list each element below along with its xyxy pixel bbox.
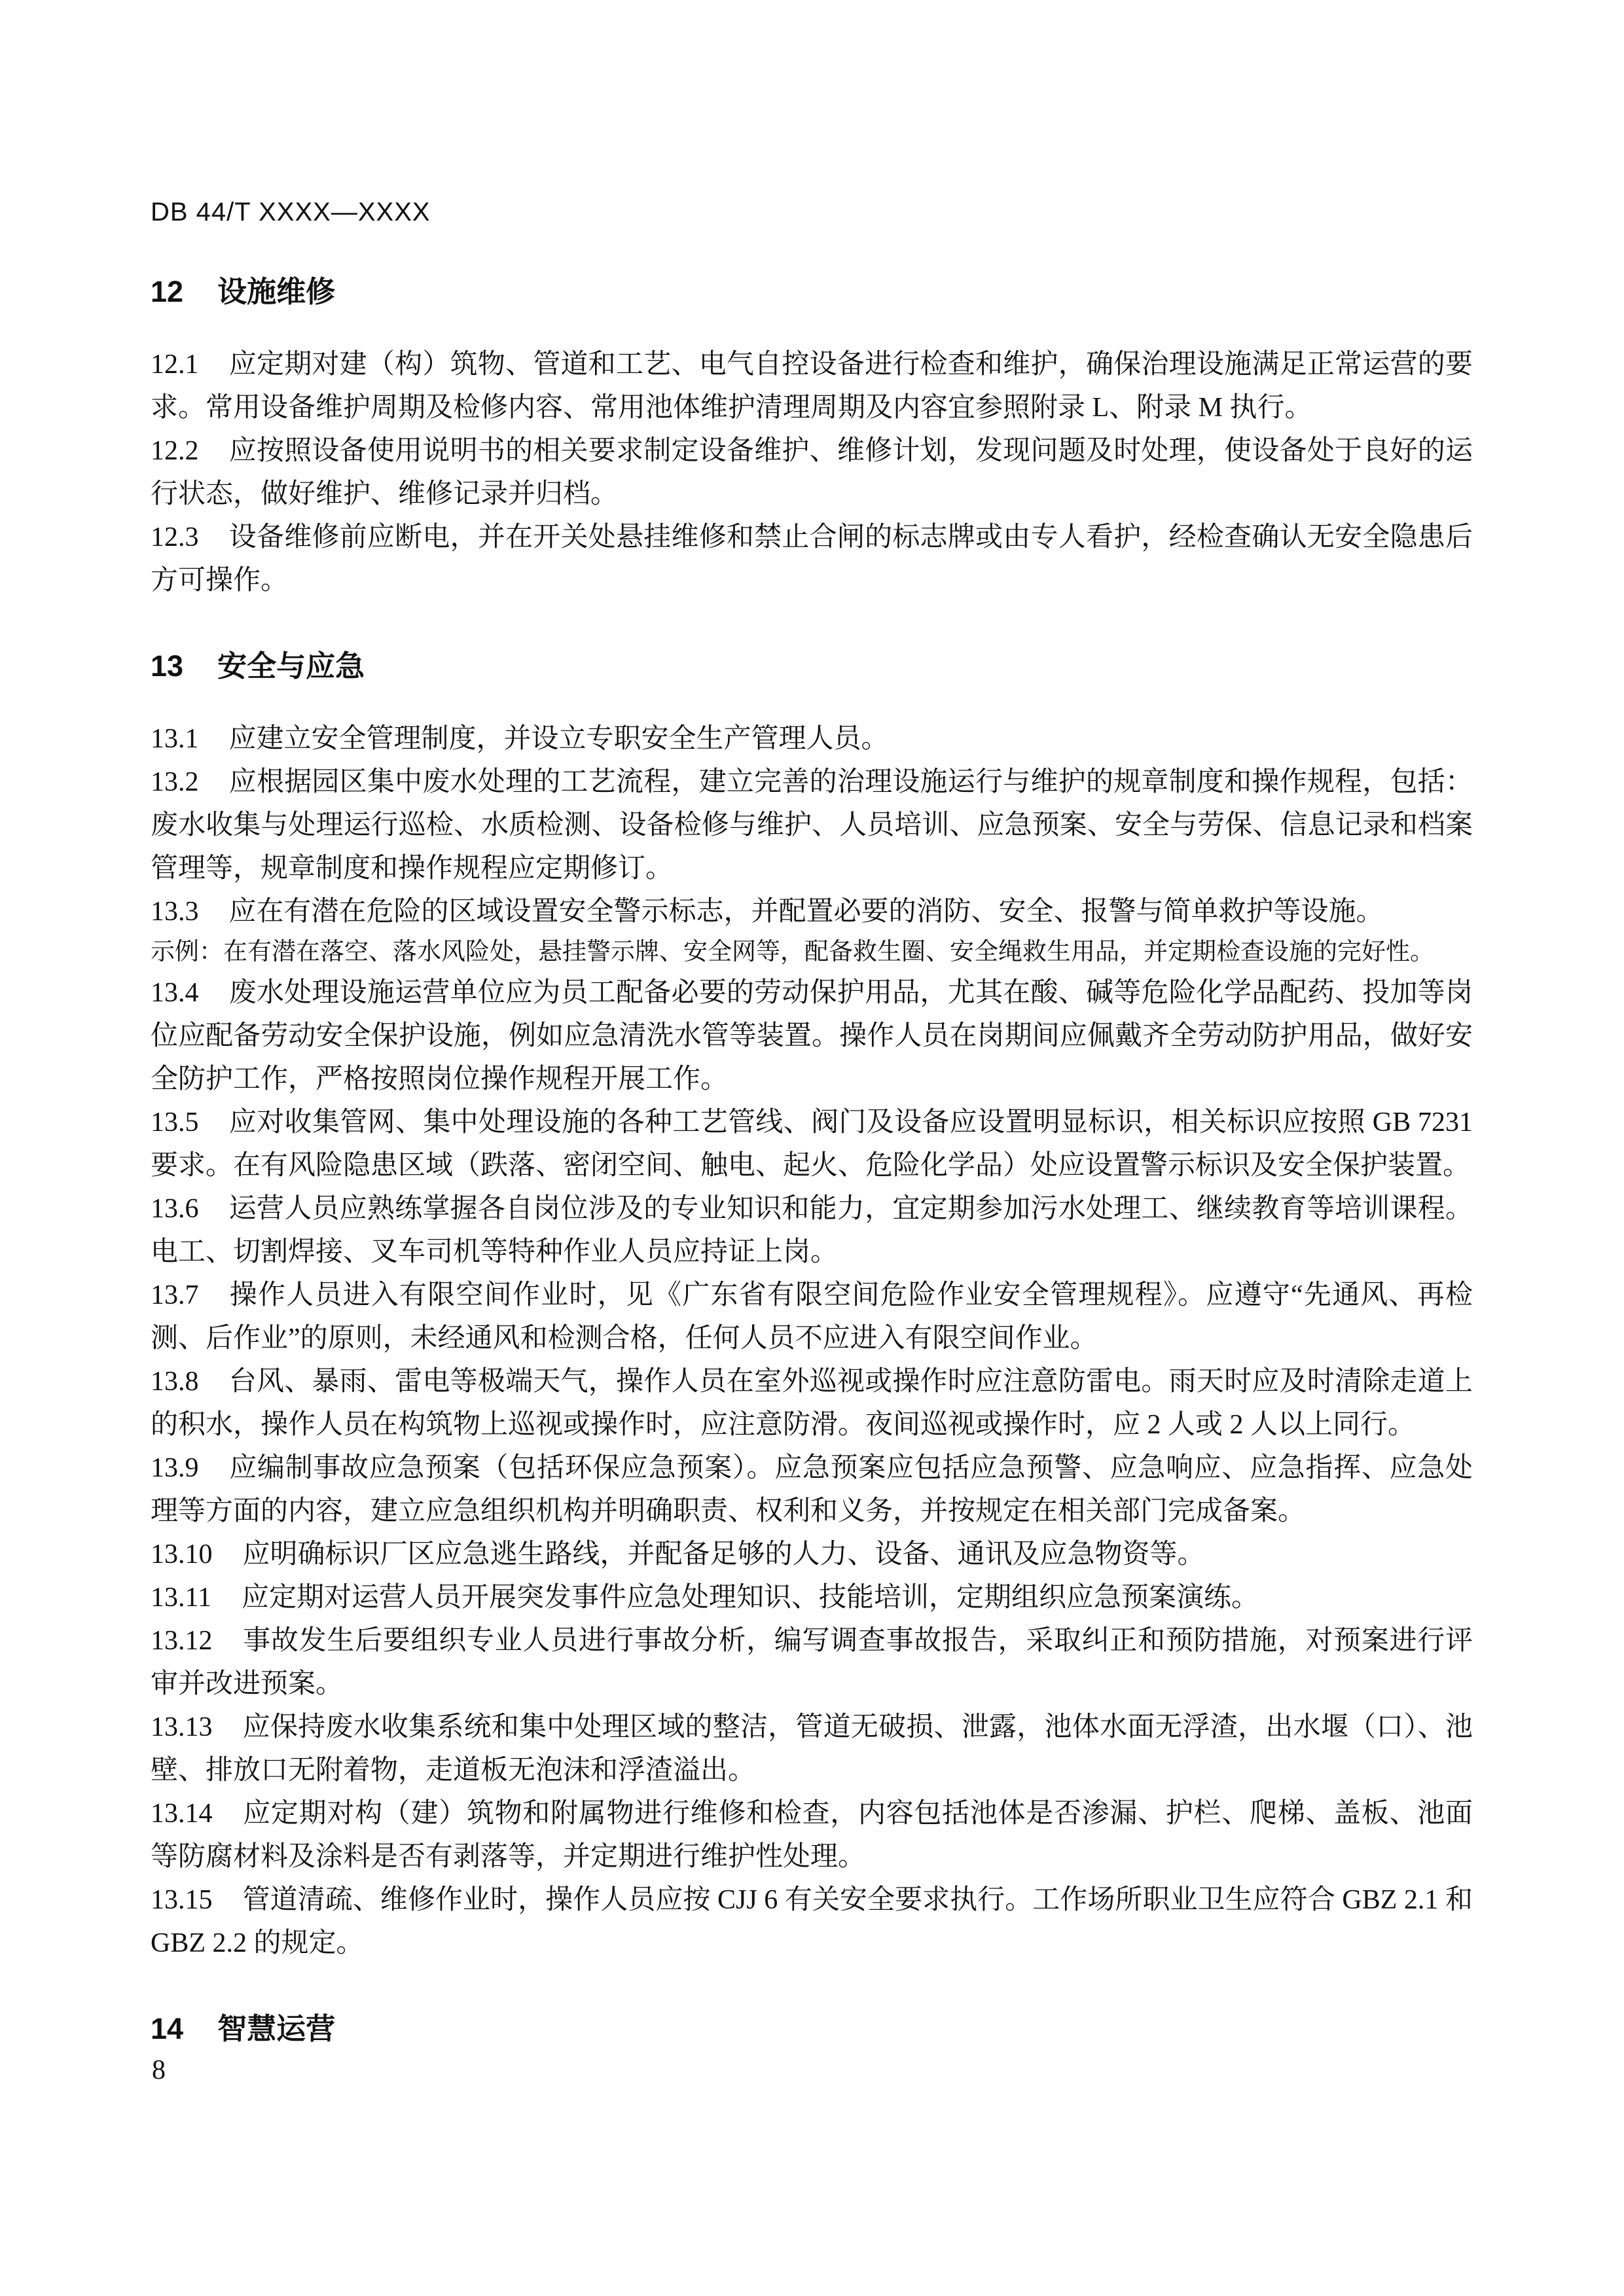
clause-number: 12.1	[151, 343, 199, 386]
clause-13-6: 13.6运营人员应熟练掌握各自岗位涉及的专业知识和能力，宜定期参加污水处理工、继…	[151, 1187, 1473, 1274]
clause-number: 13.5	[151, 1101, 199, 1144]
clause-number: 13.11	[151, 1576, 211, 1619]
clause-text: 废水处理设施运营单位应为员工配备必要的劳动保护用品，尤其在酸、碱等危险化学品配药…	[151, 978, 1473, 1094]
clause-text: 管道清疏、维修作业时，操作人员应按 CJJ 6 有关安全要求执行。工作场所职业卫…	[151, 1885, 1473, 1958]
section-heading-13: 13安全与应急	[151, 647, 1473, 686]
clause-number: 13.10	[151, 1533, 213, 1576]
clause-text: 应定期对运营人员开展突发事件应急处理知识、技能培训，定期组织应急预案演练。	[242, 1583, 1259, 1613]
clause-number: 13.4	[151, 971, 199, 1014]
clause-number: 12.2	[151, 429, 199, 473]
clause-number: 13.12	[151, 1619, 213, 1662]
clause-13-14: 13.14应定期对构（建）筑物和附属物进行维修和检查，内容包括池体是否渗漏、护栏…	[151, 1792, 1473, 1878]
section-title: 安全与应急	[217, 649, 365, 683]
clause-13-4: 13.4废水处理设施运营单位应为员工配备必要的劳动保护用品，尤其在酸、碱等危险化…	[151, 971, 1473, 1101]
clause-text: 应对收集管网、集中处理设施的各种工艺管线、阀门及设备应设置明显标识，相关标识应按…	[151, 1107, 1473, 1181]
clause-13-11: 13.11应定期对运营人员开展突发事件应急处理知识、技能培训，定期组织应急预案演…	[151, 1576, 1473, 1619]
section-number: 14	[151, 2009, 183, 2049]
clause-13-3: 13.3应在有潜在危险的区域设置安全警示标志，并配置必要的消防、安全、报警与简单…	[151, 890, 1473, 933]
clause-text: 台风、暴雨、雷电等极端天气，操作人员在室外巡视或操作时应注意防雷电。雨天时应及时…	[151, 1367, 1473, 1440]
clause-13-3-example-note: 示例：在有潜在落空、落水风险处，悬挂警示牌、安全网等，配备救生圈、安全绳救生用品…	[151, 933, 1473, 971]
document-code-header: DB 44/T XXXX—XXXX	[151, 196, 1473, 228]
clause-12-2: 12.2应按照设备使用说明书的相关要求制定设备维护、维修计划，发现问题及时处理，…	[151, 429, 1473, 516]
clause-text: 应保持废水收集系统和集中处理区域的整洁，管道无破损、泄露，池体水面无浮渣，出水堰…	[151, 1712, 1473, 1785]
clause-text: 事故发生后要组织专业人员进行事故分析，编写调查事故报告，采取纠正和预防措施，对预…	[151, 1626, 1473, 1699]
clause-number: 13.14	[151, 1792, 213, 1835]
clause-13-9: 13.9应编制事故应急预案（包括环保应急预案）。应急预案应包括应急预警、应急响应…	[151, 1446, 1473, 1533]
section-heading-14: 14智慧运营	[151, 2009, 1473, 2049]
clause-text: 应建立安全管理制度，并设立专职安全生产管理人员。	[229, 724, 889, 754]
clause-text: 应按照设备使用说明书的相关要求制定设备维护、维修计划，发现问题及时处理，使设备处…	[151, 436, 1473, 509]
clause-text: 应明确标识厂区应急逃生路线，并配备足够的人力、设备、通讯及应急物资等。	[243, 1539, 1205, 1570]
clause-number: 13.15	[151, 1878, 213, 1922]
clause-number: 13.8	[151, 1360, 199, 1403]
clause-12-3: 12.3设备维修前应断电，并在开关处悬挂维修和禁止合闸的标志牌或由专人看护，经检…	[151, 516, 1473, 602]
clause-text: 操作人员进入有限空间作业时，见《广东省有限空间危险作业安全管理规程》。应遵守“先…	[151, 1280, 1473, 1354]
page-number: 8	[152, 2054, 166, 2087]
clause-text: 设备维修前应断电，并在开关处悬挂维修和禁止合闸的标志牌或由专人看护，经检查确认无…	[151, 522, 1473, 596]
clause-13-2: 13.2应根据园区集中废水处理的工艺流程，建立完善的治理设施运行与维护的规章制度…	[151, 761, 1473, 890]
clause-text: 应定期对建（构）筑物、管道和工艺、电气自控设备进行检查和维护，确保治理设施满足正…	[151, 350, 1473, 423]
section-number: 13	[151, 647, 183, 686]
clause-number: 13.6	[151, 1187, 199, 1230]
clause-13-15: 13.15管道清疏、维修作业时，操作人员应按 CJJ 6 有关安全要求执行。工作…	[151, 1878, 1473, 1965]
clause-number: 13.3	[151, 890, 199, 933]
clause-number: 13.7	[151, 1274, 199, 1317]
clause-text: 应在有潜在危险的区域设置安全警示标志，并配置必要的消防、安全、报警与简单救护等设…	[229, 897, 1384, 927]
section-heading-12: 12设施维修	[151, 272, 1473, 312]
clause-number: 13.2	[151, 761, 199, 804]
section-title: 智慧运营	[217, 2012, 335, 2045]
clause-13-10: 13.10应明确标识厂区应急逃生路线，并配备足够的人力、设备、通讯及应急物资等。	[151, 1533, 1473, 1576]
clause-13-1: 13.1应建立安全管理制度，并设立专职安全生产管理人员。	[151, 717, 1473, 761]
clause-text: 应根据园区集中废水处理的工艺流程，建立完善的治理设施运行与维护的规章制度和操作规…	[151, 767, 1473, 884]
clause-number: 13.1	[151, 717, 199, 761]
clause-13-8: 13.8台风、暴雨、雷电等极端天气，操作人员在室外巡视或操作时应注意防雷电。雨天…	[151, 1360, 1473, 1446]
section-title: 设施维修	[217, 275, 335, 308]
clause-number: 13.13	[151, 1706, 213, 1749]
clause-number: 12.3	[151, 516, 199, 559]
clause-number: 13.9	[151, 1446, 199, 1490]
clause-13-13: 13.13应保持废水收集系统和集中处理区域的整洁，管道无破损、泄露，池体水面无浮…	[151, 1706, 1473, 1792]
clause-13-7: 13.7操作人员进入有限空间作业时，见《广东省有限空间危险作业安全管理规程》。应…	[151, 1274, 1473, 1360]
clause-12-1: 12.1应定期对建（构）筑物、管道和工艺、电气自控设备进行检查和维护，确保治理设…	[151, 343, 1473, 429]
clause-text: 运营人员应熟练掌握各自岗位涉及的专业知识和能力，宜定期参加污水处理工、继续教育等…	[151, 1194, 1473, 1267]
section-number: 12	[151, 272, 183, 312]
clause-text: 应定期对构（建）筑物和附属物进行维修和检查，内容包括池体是否渗漏、护栏、爬梯、盖…	[151, 1799, 1473, 1872]
clause-13-12: 13.12事故发生后要组织专业人员进行事故分析，编写调查事故报告，采取纠正和预防…	[151, 1619, 1473, 1706]
clause-13-5: 13.5应对收集管网、集中处理设施的各种工艺管线、阀门及设备应设置明显标识，相关…	[151, 1101, 1473, 1187]
clause-text: 应编制事故应急预案（包括环保应急预案）。应急预案应包括应急预警、应急响应、应急指…	[151, 1453, 1473, 1526]
document-page: DB 44/T XXXX—XXXX 12设施维修 12.1应定期对建（构）筑物、…	[0, 0, 1624, 2296]
